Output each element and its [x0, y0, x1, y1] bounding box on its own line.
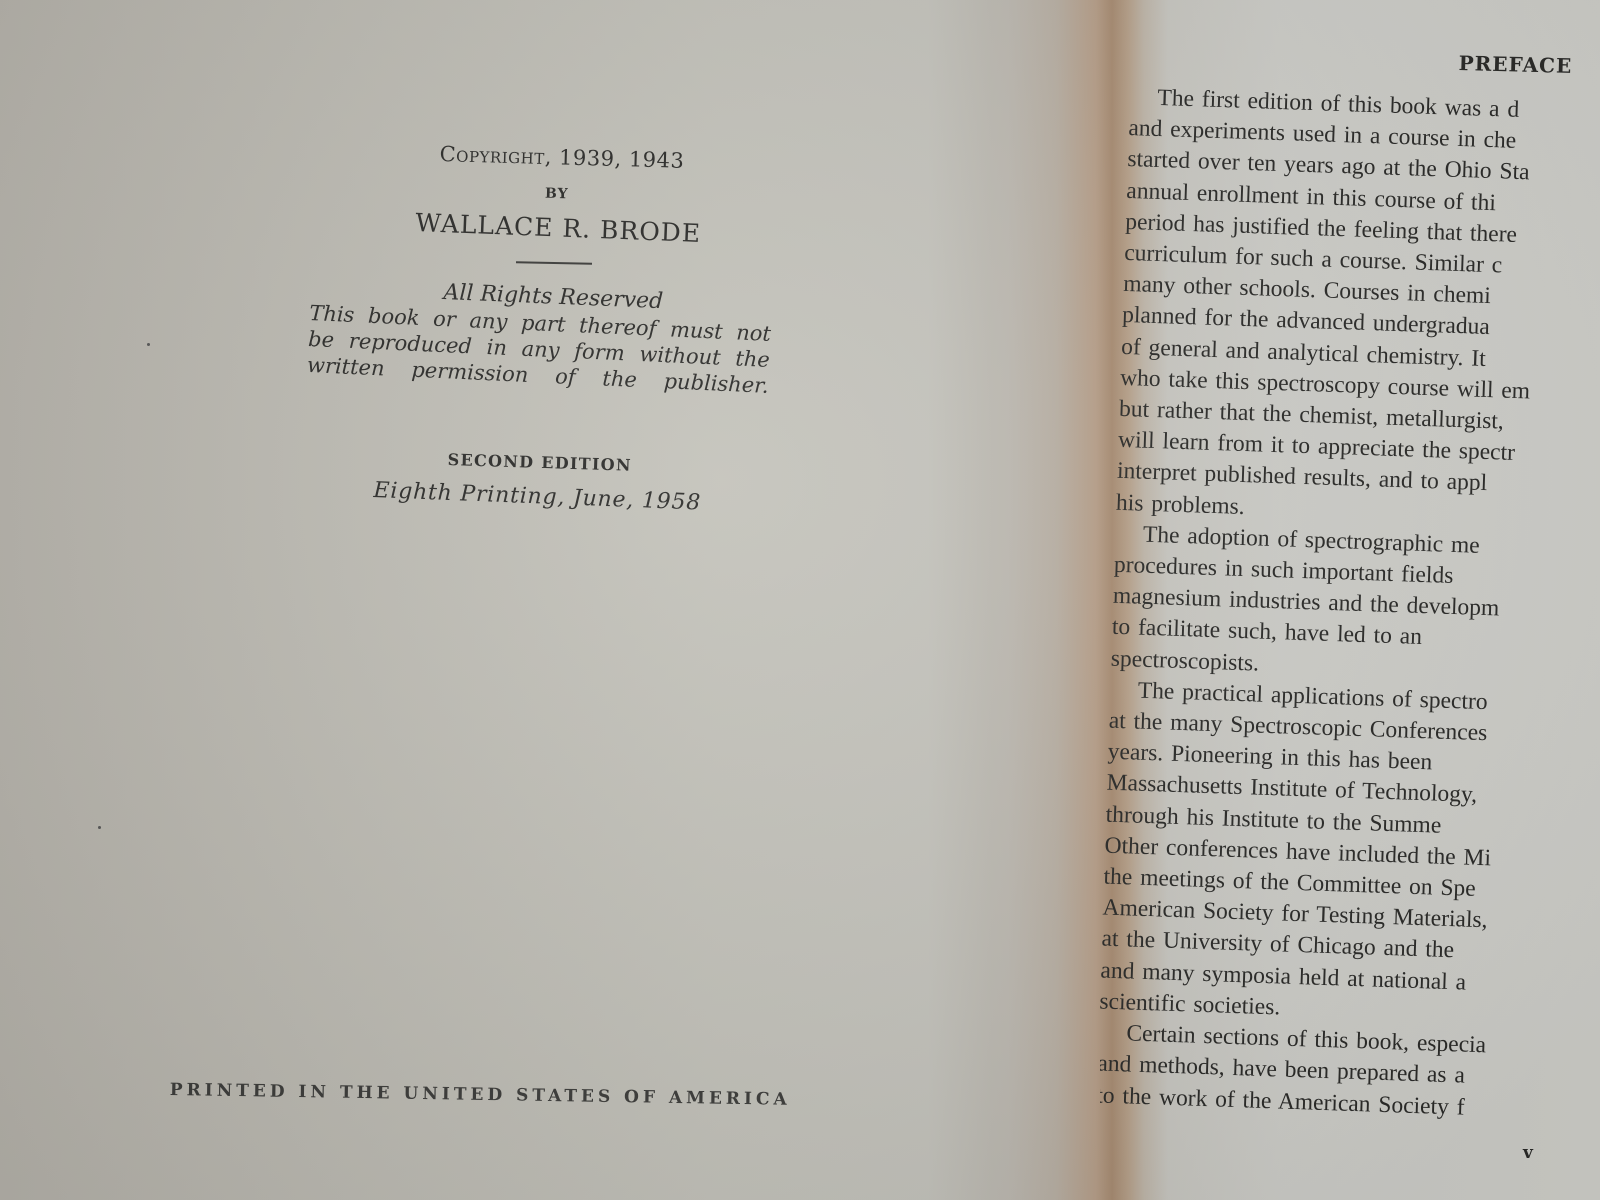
printing-line: Eighth Printing, June, 1958: [373, 478, 701, 516]
author-name: WALLACE R. BRODE: [415, 208, 702, 248]
copyright-page: Copyright, 1939, 1943 BY WALLACE R. BROD…: [0, 0, 1040, 1200]
page-number: v: [1523, 1143, 1533, 1163]
preface-body: The first edition of this book was a dan…: [1100, 82, 1600, 1130]
printed-in-imprint: PRINTED IN THE UNITED STATES OF AMERICA: [170, 1080, 791, 1110]
by-line: BY: [545, 186, 569, 203]
open-book-spread: Copyright, 1939, 1943 BY WALLACE R. BROD…: [0, 0, 1600, 1200]
rights-notice: This book or any part thereof must not b…: [306, 300, 771, 399]
paper-speck: [147, 343, 150, 346]
copyright-line: Copyright, 1939, 1943: [439, 142, 684, 173]
copyright-label: Copyright: [439, 142, 545, 169]
paper-speck: [98, 826, 101, 829]
copyright-years: , 1939, 1943: [544, 145, 684, 173]
preface-page: PREFACE The first edition of this book w…: [1100, 0, 1600, 1200]
divider-rule: [516, 261, 592, 265]
edition-label: SECOND EDITION: [447, 450, 632, 475]
running-head: PREFACE: [1458, 51, 1572, 78]
